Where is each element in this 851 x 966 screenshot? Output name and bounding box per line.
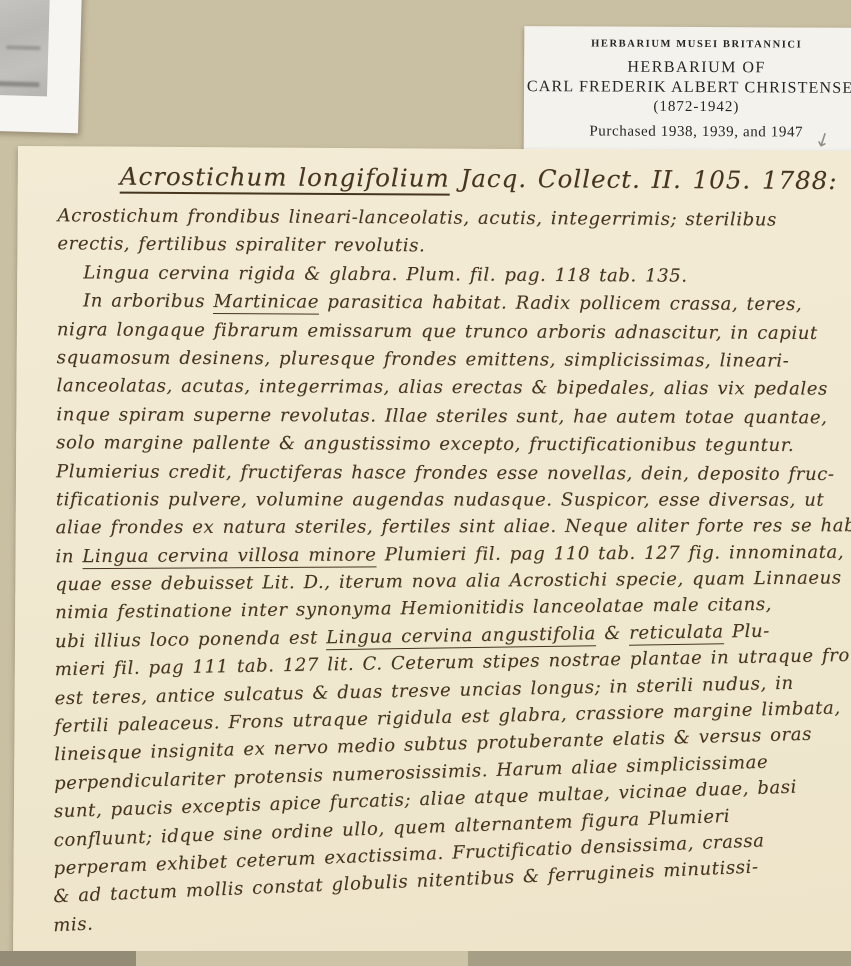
photo-image (0, 0, 50, 96)
manuscript-line: nigra longaque fibrarum emissarum que tr… (57, 316, 851, 348)
photo-fragment: t. 105 . (0, 0, 82, 133)
underlying-sheet-edge (0, 951, 851, 966)
manuscript-sheet: Acrostichum longifolium Jacq. Collect. I… (13, 146, 851, 957)
label-dates: (1872-1942) (524, 98, 851, 117)
manuscript-line: erectis, fertilibus spiraliter revolutis… (57, 231, 851, 264)
manuscript-line: tificationis pulvere, volumine augendas … (56, 486, 851, 515)
manuscript-line: Plumierius credit, fructiferas hasce fro… (56, 458, 851, 489)
manuscript-text: Acrostichum longifolium Jacq. Collect. I… (53, 156, 851, 945)
manuscript-line: In arboribus Martinicae parasitica habit… (57, 287, 851, 319)
photo-smudge (0, 81, 39, 87)
manuscript-line: solo margine pallente & angustissimo exc… (56, 429, 851, 460)
herbarium-label: HERBARIUM MUSEI BRITANNICI HERBARIUM OF … (524, 26, 851, 154)
manuscript-line: inque spiram superne revolutas. Illae st… (56, 401, 851, 433)
photo-smudge (6, 45, 40, 50)
manuscript-title: Acrostichum longifolium Jacq. Collect. I… (58, 156, 851, 207)
manuscript-line: Lingua cervina rigida & glabra. Plum. fi… (57, 259, 851, 292)
label-herbarium-of: HERBARIUM OF (524, 58, 851, 78)
label-institution: HERBARIUM MUSEI BRITANNICI (524, 38, 851, 51)
manuscript-line: squamosum desinens, pluresque frondes em… (57, 344, 851, 376)
label-collector-name: CARL FREDERIK ALBERT CHRISTENSEN (524, 78, 851, 98)
label-purchase-note: Purchased 1938, 1939, and 1947 (524, 123, 851, 142)
manuscript-line: lanceolatas, acutas, integerrimas, alias… (56, 373, 851, 405)
